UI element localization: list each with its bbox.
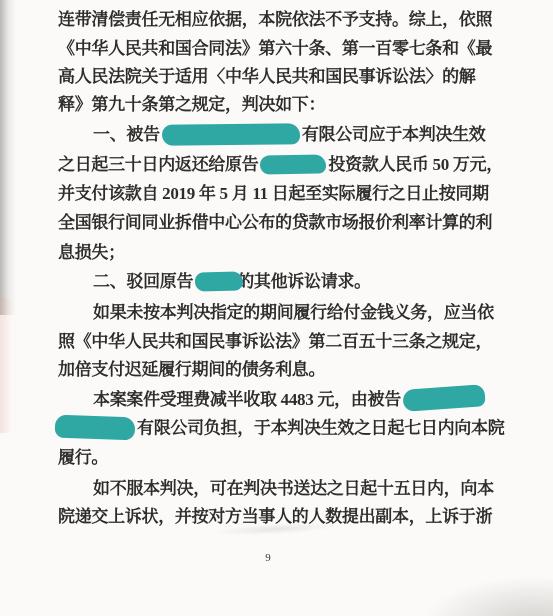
line-text: 连带清偿责任无相应依据，本院依法不予支持。综上，依照 <box>58 10 492 29</box>
text-line: 一、被告有限公司应于本判决生效 <box>58 123 486 147</box>
text-line: 二、驳回原告的其他诉讼请求。 <box>58 270 371 294</box>
text-line: 高人民法院关于适用〈中华人民共和国民事诉讼法〉的解 <box>58 65 476 89</box>
line-text: 《中华人民共和国合同法》第六十条、第一百零七条和《最 <box>58 39 492 58</box>
line-text: 全国银行间同业拆借中心公布的贷款市场报价利率计算的利 <box>58 213 492 232</box>
text-line: 全国银行间同业拆借中心公布的贷款市场报价利率计算的利 <box>58 211 492 235</box>
text-line: 《中华人民共和国合同法》第六十条、第一百零七条和《最 <box>58 37 492 61</box>
text-line: 息损失； <box>58 241 125 265</box>
redaction-mark <box>195 271 243 291</box>
redaction-mark <box>260 154 326 174</box>
line-text: 二、驳回原告 <box>93 272 193 291</box>
line-text: 如不服本判决，可在判决书送达之日起十五日内，向本 <box>93 479 494 498</box>
line-text: 有限公司应于本判决生效 <box>302 125 486 144</box>
text-line: 有限公司负担，于本判决生效之日起七日内向本院 <box>58 416 504 440</box>
text-line: 本案案件受理费减半收取 4483 元，由被告 <box>58 387 487 411</box>
text-line: 加倍支付迟延履行期间的债务利息。 <box>58 358 325 382</box>
text-line: 照《中华人民共和国民事诉讼法》第二百五十三条之规定， <box>58 330 492 354</box>
text-line: 如不服本判决，可在判决书送达之日起十五日内，向本 <box>58 477 494 501</box>
scan-corner-smudge <box>423 576 553 616</box>
line-text: 之日起三十日内返还给原告 <box>58 155 258 174</box>
line-text: 加倍支付迟延履行期间的债务利息。 <box>58 360 325 379</box>
text-line: 院递交上诉状，并按对方当事人的人数提出副本，上诉于浙 <box>58 505 492 529</box>
line-text: 本案案件受理费减半收取 4483 元，由被告 <box>93 390 401 409</box>
line-text: 并支付该款自 2019 年 5 月 11 日起至实际履行之日止按同期 <box>58 184 489 203</box>
text-line: 连带清偿责任无相应依据，本院依法不予支持。综上，依照 <box>58 8 492 32</box>
line-text: 息损失； <box>58 243 125 262</box>
line-text: 如果未按本判决指定的期间履行给付金钱义务，应当依 <box>93 303 494 322</box>
text-line: 并支付该款自 2019 年 5 月 11 日起至实际履行之日止按同期 <box>58 182 489 206</box>
scan-edge-shadow <box>0 0 16 315</box>
line-text: 有限公司负担，于本判决生效之日起七日内向本院 <box>137 418 504 437</box>
line-text: 释》第九十条第之规定，判决如下： <box>58 95 325 114</box>
line-text: 的其他诉讼请求。 <box>237 272 371 291</box>
line-text: 院递交上诉状，并按对方当事人的人数提出副本，上诉于浙 <box>58 507 492 526</box>
line-text: 高人民法院关于适用〈中华人民共和国民事诉讼法〉的解 <box>58 67 476 86</box>
text-line: 如果未按本判决指定的期间履行给付金钱义务，应当依 <box>58 301 494 325</box>
redaction-mark <box>402 384 485 412</box>
line-text: 履行。 <box>58 448 108 467</box>
redaction-mark <box>162 123 300 145</box>
document-page: 连带清偿责任无相应依据，本院依法不予支持。综上，依照 《中华人民共和国合同法》第… <box>0 0 553 616</box>
text-line: 释》第九十条第之规定，判决如下： <box>58 93 325 117</box>
page-number: 9 <box>258 552 278 564</box>
line-text: 一、被告 <box>93 125 160 144</box>
text-line: 履行。 <box>58 446 108 470</box>
scan-edge-warm-tint <box>0 298 12 433</box>
line-text: 照《中华人民共和国民事诉讼法》第二百五十三条之规定， <box>58 332 492 351</box>
line-text: 投资款人民币 50 万元， <box>328 155 503 174</box>
text-line: 之日起三十日内返还给原告投资款人民币 50 万元， <box>58 153 503 177</box>
redaction-mark <box>55 415 136 441</box>
